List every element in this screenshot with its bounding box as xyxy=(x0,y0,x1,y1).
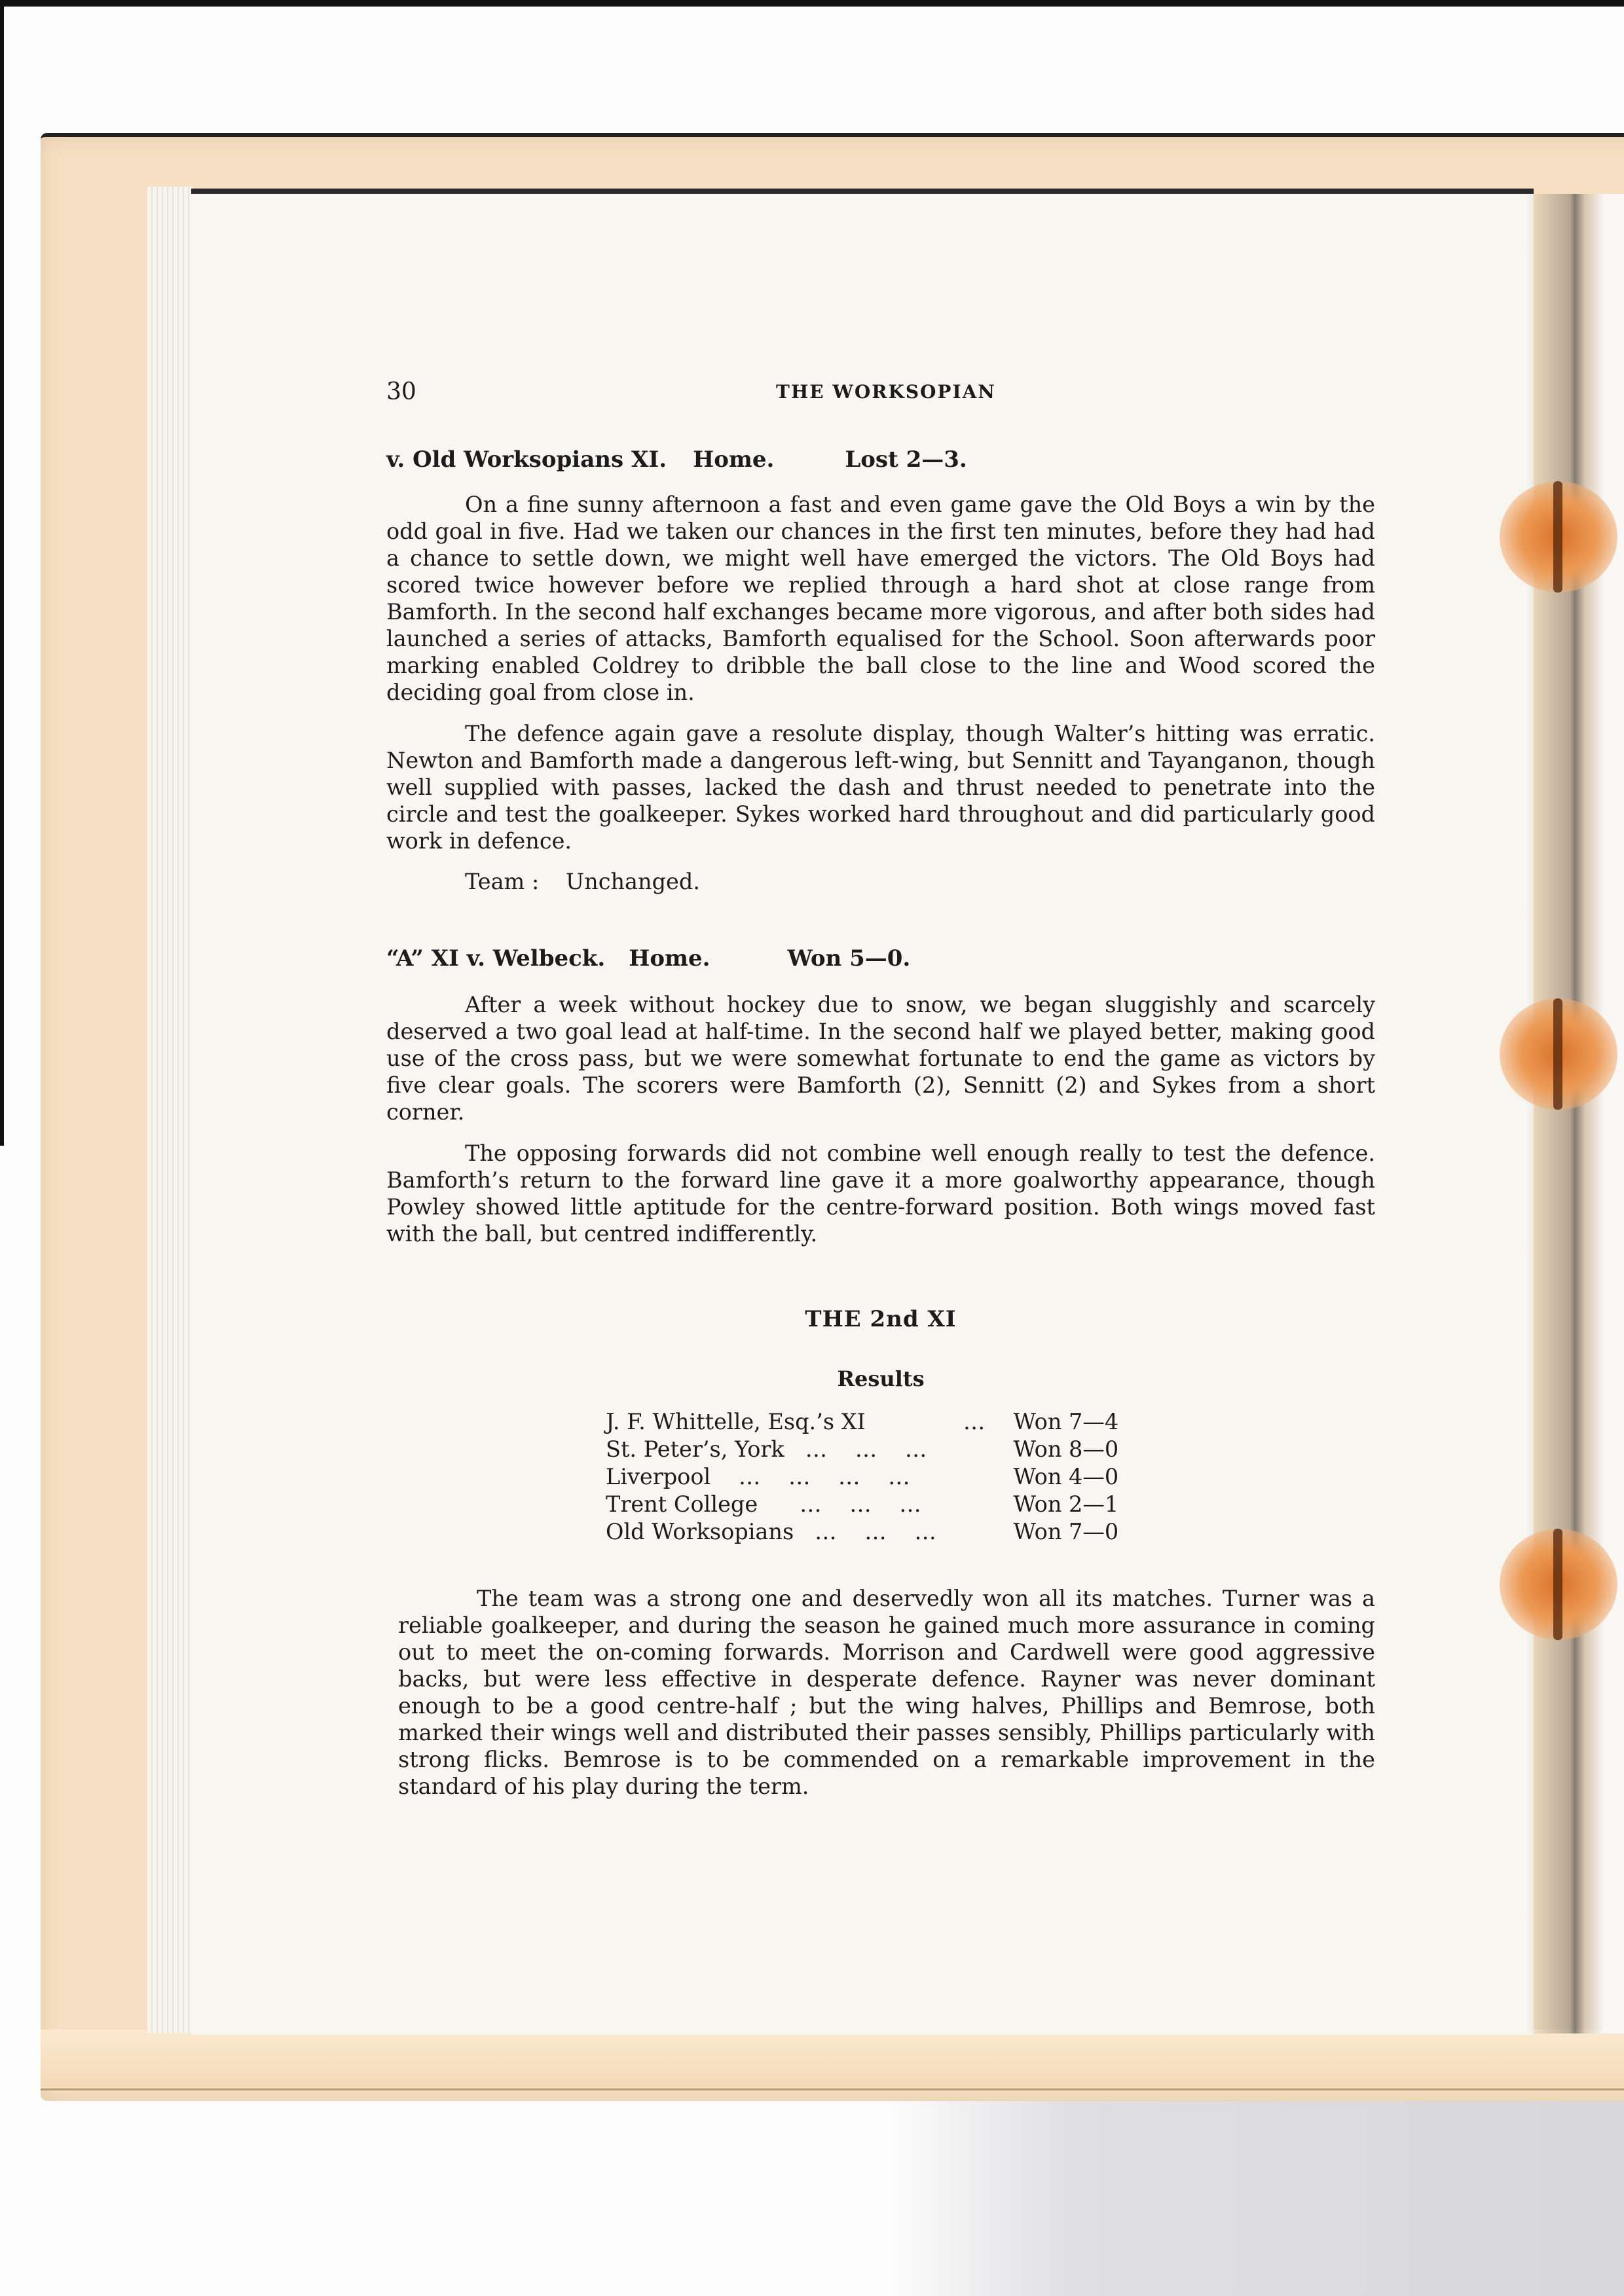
result-score: Won 7—0 xyxy=(1014,1518,1150,1546)
binding-gutter xyxy=(1526,194,1624,2033)
match-heading: v. Old Worksopians XI. Home. Lost 2—3. xyxy=(386,446,1375,473)
match-paragraph: The defence again gave a resolute displa… xyxy=(386,720,1375,854)
result-score: Won 2—1 xyxy=(1014,1491,1150,1518)
results-table: J. F. Whittelle, Esq.’s XI … Won 7—4 St.… xyxy=(606,1408,1149,1546)
match-opponent: v. Old Worksopians XI. xyxy=(386,446,667,473)
rust-stain-icon xyxy=(1500,1529,1617,1640)
second-xi-paragraph: The team was a strong one and deservedly… xyxy=(398,1585,1375,1800)
match-paragraph: After a week without hockey due to snow,… xyxy=(386,991,1375,1125)
match-result: Lost 2—3. xyxy=(845,446,967,473)
leader-dots: … … … xyxy=(800,1491,921,1517)
running-head: 30 THE WORKSOPIAN xyxy=(386,367,1375,406)
table-row: Trent College … … … Won 2—1 xyxy=(606,1491,1149,1518)
book-cover-bottom-edge xyxy=(41,2030,1624,2090)
result-opponent: J. F. Whittelle, Esq.’s XI … xyxy=(606,1408,1014,1436)
team-line: Team : Unchanged. xyxy=(386,869,1375,894)
table-row: J. F. Whittelle, Esq.’s XI … Won 7—4 xyxy=(606,1408,1149,1436)
leader-dots: … … … … xyxy=(739,1464,910,1489)
result-opponent: St. Peter’s, York … … … xyxy=(606,1436,1014,1463)
team-label: Team : xyxy=(465,869,539,894)
results-heading: Results xyxy=(386,1366,1375,1391)
match-venue: Home. xyxy=(629,945,710,972)
rust-stain-icon xyxy=(1500,481,1617,592)
result-opponent: Trent College … … … xyxy=(606,1491,1014,1518)
match-heading: “A” XI v. Welbeck. Home. Won 5—0. xyxy=(386,945,1375,972)
match-report-old-worksopians: v. Old Worksopians XI. Home. Lost 2—3. O… xyxy=(386,446,1375,894)
match-opponent: “A” XI v. Welbeck. xyxy=(386,945,605,972)
leader-dots: … … … xyxy=(805,1436,927,1462)
table-row: St. Peter’s, York … … … Won 8—0 xyxy=(606,1436,1149,1463)
table-row: Old Worksopians … … … Won 7—0 xyxy=(606,1518,1149,1546)
scanner-shadow xyxy=(884,2082,1624,2296)
result-opponent: Old Worksopians … … … xyxy=(606,1518,1014,1546)
running-title: THE WORKSOPIAN xyxy=(776,381,996,403)
section-title: THE 2nd XI xyxy=(386,1306,1375,1332)
result-score: Won 8—0 xyxy=(1014,1436,1150,1463)
page-number: 30 xyxy=(386,378,416,405)
match-result: Won 5—0. xyxy=(787,945,910,972)
match-report-welbeck: “A” XI v. Welbeck. Home. Won 5—0. After … xyxy=(386,945,1375,1247)
page-edges xyxy=(147,187,193,2033)
scan-border-top xyxy=(0,0,1624,7)
page-content: 30 THE WORKSOPIAN v. Old Worksopians XI.… xyxy=(386,367,1375,1800)
result-opponent: Liverpool … … … … xyxy=(606,1463,1014,1491)
match-venue: Home. xyxy=(693,446,774,473)
leader-dots: … xyxy=(963,1409,986,1434)
match-paragraph: On a fine sunny afternoon a fast and eve… xyxy=(386,491,1375,706)
scan-border-left xyxy=(0,0,4,1146)
match-paragraph: The opposing forwards did not combine we… xyxy=(386,1140,1375,1247)
result-score: Won 4—0 xyxy=(1014,1463,1150,1491)
second-xi-section: THE 2nd XI Results J. F. Whittelle, Esq.… xyxy=(386,1306,1375,1800)
rust-stain-icon xyxy=(1500,998,1617,1110)
table-row: Liverpool … … … … Won 4—0 xyxy=(606,1463,1149,1491)
leader-dots: … … … xyxy=(815,1519,936,1544)
result-score: Won 7—4 xyxy=(1014,1408,1150,1436)
team-value: Unchanged. xyxy=(566,869,700,894)
